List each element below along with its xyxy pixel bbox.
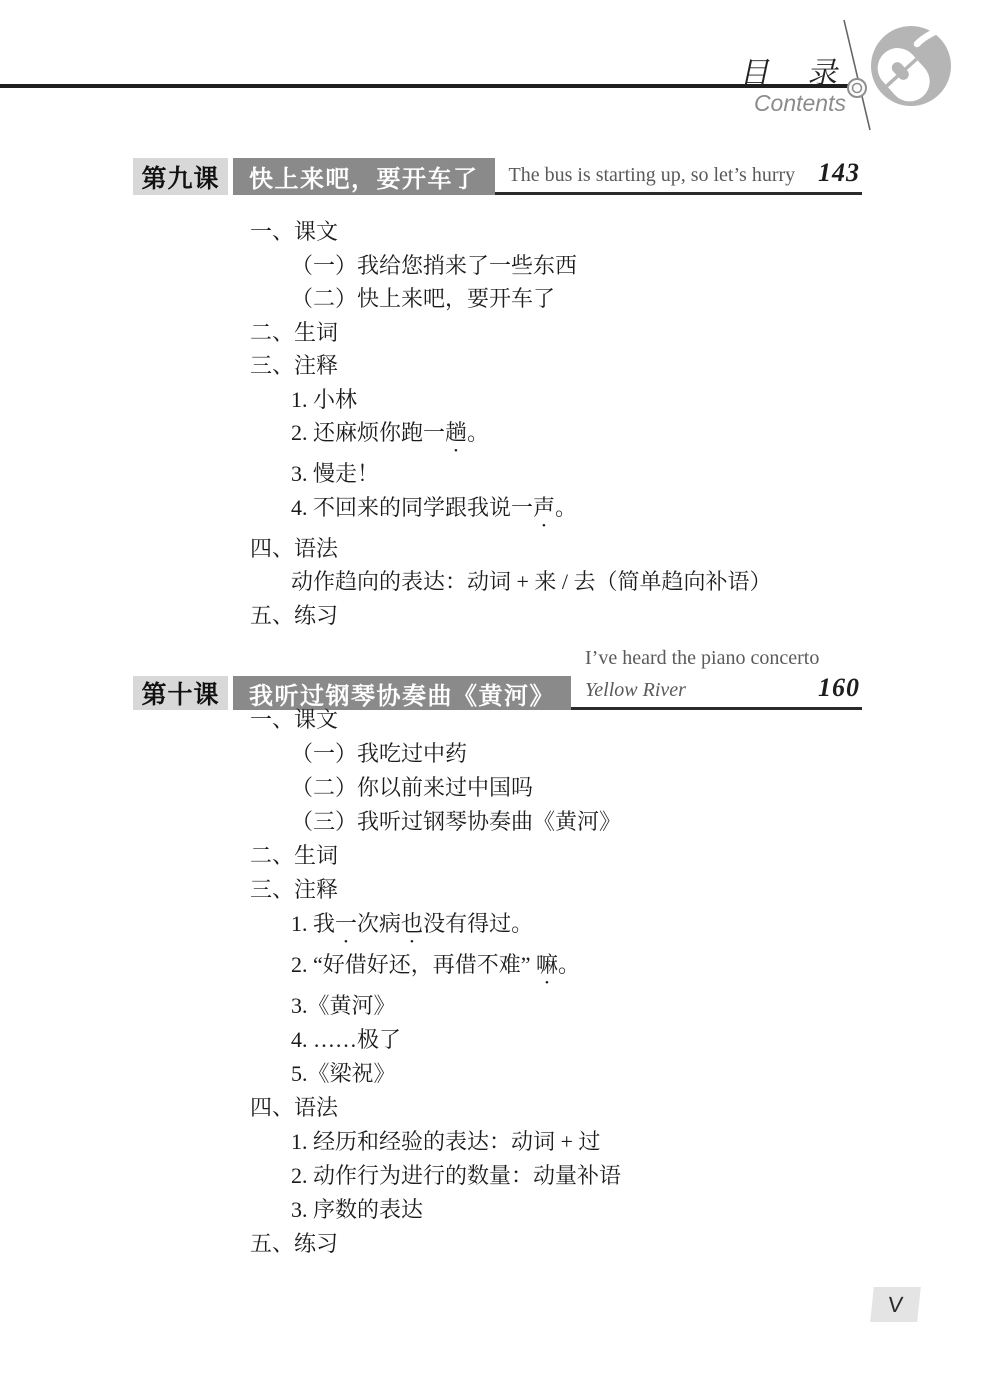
toc-item: 四、语法	[0, 532, 996, 566]
toc-item-text: 五、练习	[250, 603, 338, 628]
toc-item: 4. ……极了	[0, 1023, 996, 1057]
toc-item: 五、练习	[0, 1227, 996, 1261]
toc-item-text: 四、语法	[250, 1095, 338, 1120]
toc-item-text: 。	[467, 420, 489, 445]
toc-item-text: 4. 不回来的同学跟我说一	[291, 495, 533, 520]
page-number: V	[887, 1292, 904, 1318]
toc-item-text: 3. 序数的表达	[291, 1197, 423, 1222]
toc-item-text: 1. 经历和经验的表达：动词 + 过	[291, 1129, 600, 1154]
toc-item-text: 5.《梁祝》	[291, 1061, 396, 1086]
lesson-title-en-last: Yellow River	[585, 675, 686, 705]
toc-item: 3. 序数的表达	[0, 1193, 996, 1227]
diagonal-divider-line	[844, 20, 870, 130]
toc-item-text: 。	[555, 495, 577, 520]
lesson-title-en-line1: I’ve heard the piano concerto	[585, 643, 860, 673]
toc-item-emphasized-char: 一	[335, 911, 357, 936]
toc-item-text: （一）我给您捎来了一些东西	[291, 253, 577, 278]
toc-item-text: 4. ……极了	[291, 1027, 401, 1052]
toc-item: 1. 我一次病也没有得过。	[0, 907, 996, 948]
toc-item-text: 三、注释	[250, 353, 338, 378]
header-ornament	[820, 0, 996, 145]
toc-item-text: 1. 我	[291, 911, 335, 936]
header-rule	[0, 84, 852, 88]
toc-item: 5.《梁祝》	[0, 1057, 996, 1091]
toc-item-text: （三）我听过钢琴协奏曲《黄河》	[291, 809, 621, 834]
toc-item-text: 一、课文	[250, 219, 338, 244]
toc-item-text: 2. “好借好还，再借不难”	[291, 952, 536, 977]
lesson-title-en: The bus is starting up, so let’s hurry 1…	[509, 158, 861, 190]
toc-item: 2. 还麻烦你跑一趟。	[0, 416, 996, 457]
toc-item: 3. 慢走！	[0, 457, 996, 491]
lesson-title-en-last: The bus is starting up, so let’s hurry	[509, 160, 796, 190]
toc-item: 动作趋向的表达：动词 + 来 / 去（简单趋向补语）	[0, 565, 996, 599]
toc-item-text: （一）我吃过中药	[291, 741, 467, 766]
toc-item-text: 没有得过。	[423, 911, 533, 936]
toc-item: 2. 动作行为进行的数量：动量补语	[0, 1159, 996, 1193]
computer-mouse-icon	[869, 14, 951, 110]
toc-item: 1. 小林	[0, 383, 996, 417]
toc-item-text: （二）你以前来过中国吗	[291, 775, 533, 800]
toc-page: 目 录 Contents 第九课 快上来吧，要开车了	[0, 0, 996, 1400]
lesson-banner: 第九课 快上来吧，要开车了 The bus is starting up, so…	[133, 158, 862, 195]
lesson-page-number: 143	[818, 158, 860, 188]
toc-item: 二、生词	[0, 316, 996, 350]
toc-item-text: （二）快上来吧，要开车了	[291, 286, 555, 311]
toc-item-text: 2. 还麻烦你跑一	[291, 420, 445, 445]
lesson-title-en: I’ve heard the piano concerto Yellow Riv…	[585, 643, 860, 705]
lesson-page-number: 160	[818, 673, 860, 703]
toc-item-emphasized-char: 趟	[445, 420, 467, 445]
toc-item: 三、注释	[0, 873, 996, 907]
toc-item: 五、练习	[0, 599, 996, 633]
toc-item: 四、语法	[0, 1091, 996, 1125]
toc-item: 4. 不回来的同学跟我说一声。	[0, 491, 996, 532]
toc-item-text: 三、注释	[250, 877, 338, 902]
toc-item-emphasized-char: 也	[401, 911, 423, 936]
toc-item: 3.《黄河》	[0, 989, 996, 1023]
toc-item: 2. “好借好还，再借不难” 嘛。	[0, 948, 996, 989]
toc-item-emphasized-char: 嘛	[536, 952, 558, 977]
lesson-number-badge: 第九课	[133, 158, 228, 195]
toc-item-text: 次病	[357, 911, 401, 936]
toc-item: （二）快上来吧，要开车了	[0, 282, 996, 316]
small-circle-marker-icon	[848, 79, 866, 97]
toc-item-text: 五、练习	[250, 1231, 338, 1256]
toc-item: （一）我给您捎来了一些东西	[0, 249, 996, 283]
toc-item: 三、注释	[0, 349, 996, 383]
toc-item: 二、生词	[0, 839, 996, 873]
lesson-toc-list: 一、课文（一）我吃过中药（二）你以前来过中国吗（三）我听过钢琴协奏曲《黄河》二、…	[0, 703, 996, 1261]
toc-item-text: 1. 小林	[291, 387, 357, 412]
toc-item: 1. 经历和经验的表达：动词 + 过	[0, 1125, 996, 1159]
toc-item-text: 二、生词	[250, 843, 338, 868]
page-number-tab: V	[870, 1287, 921, 1322]
toc-item: （一）我吃过中药	[0, 737, 996, 771]
lesson-banner-underline: The bus is starting up, so let’s hurry 1…	[495, 158, 863, 195]
toc-item: 一、课文	[0, 703, 996, 737]
toc-item-text: 。	[558, 952, 580, 977]
toc-item-text: 3.《黄河》	[291, 993, 396, 1018]
toc-item: （二）你以前来过中国吗	[0, 771, 996, 805]
toc-item-text: 3. 慢走！	[291, 461, 379, 486]
toc-item-emphasized-char: 声	[533, 495, 555, 520]
toc-item-text: 2. 动作行为进行的数量：动量补语	[291, 1163, 621, 1188]
lesson-title-cn: 快上来吧，要开车了	[233, 158, 495, 195]
toc-item-text: 二、生词	[250, 320, 338, 345]
toc-item: （三）我听过钢琴协奏曲《黄河》	[0, 805, 996, 839]
lesson-entry: 第十课 我听过钢琴协奏曲《黄河》 I’ve heard the piano co…	[0, 630, 996, 687]
toc-item-text: 四、语法	[250, 536, 338, 561]
toc-item-text: 一、课文	[250, 707, 338, 732]
lesson-toc-list: 一、课文（一）我给您捎来了一些东西（二）快上来吧，要开车了二、生词三、注释1. …	[0, 215, 996, 632]
toc-item-text: 动作趋向的表达：动词 + 来 / 去（简单趋向补语）	[291, 569, 772, 594]
toc-item: 一、课文	[0, 215, 996, 249]
